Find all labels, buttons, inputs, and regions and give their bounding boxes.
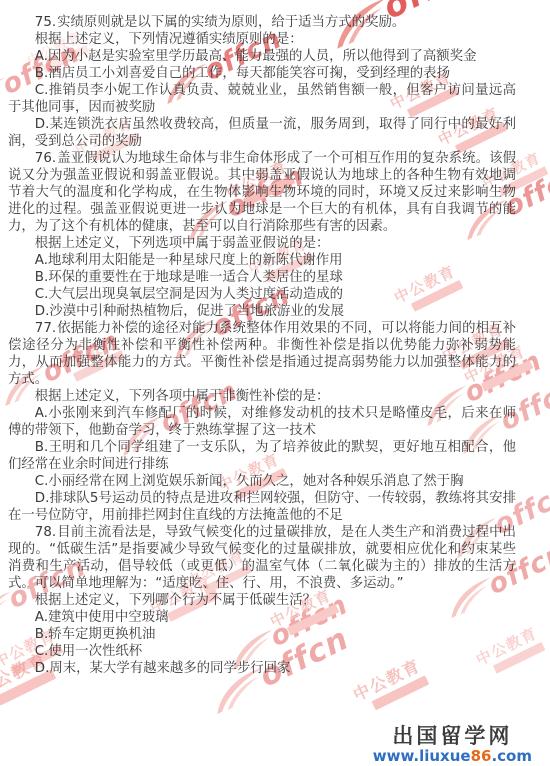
option-text: 周末，某大学有越来越多的同学步行回家 [49,661,290,676]
option-b: B.轿车定期更换机油 [8,626,516,643]
option-c: C.大气层出现臭氧层空洞是因为人类过度活动造成的 [8,286,516,303]
question-number: 78. [35,525,56,540]
question-number: 76. [35,151,56,166]
option-text: 小张刚来到汽车修配厂的时候，对维修发动机的技术只是略懂皮毛，后来在师傅的带领下，… [8,406,516,438]
question-number: 77. [35,321,56,336]
option-d: D.沙漠中引种耐热植物后，促进了当地旅游业的发展 [8,303,516,320]
offcn-watermark-stamp: offcn [218,684,370,720]
option-label: A. [35,610,48,625]
option-label: A. [35,406,48,421]
question-stem: 76.盖亚假说认为地球生命体与非生命体形成了一个可相互作用的复杂系统。该假说又分… [8,150,516,235]
option-a: A.因为小赵是实验室里学历最高、能力最强的人员，所以他得到了高额奖金 [8,48,516,65]
option-text: 建筑中使用中空玻璃 [48,610,169,625]
site-url-link[interactable]: www.liuxue86.com [373,748,532,764]
option-text: 沙漠中引种耐热植物后，促进了当地旅游业的发展 [49,304,344,319]
option-label: D. [35,117,50,132]
question-stem-text: 目前主流看法是，导致气候变化的过量碳排放，是在人类生产和消费过程中出现的。“低碳… [8,525,516,591]
option-a: A.小张刚来到汽车修配厂的时候，对维修发动机的技术只是略懂皮毛，后来在师傅的带领… [8,405,516,439]
option-label: B. [35,66,48,81]
option-a: A.地球利用太阳能是一种星球尺度上的新陈代谢作用 [8,252,516,269]
question-stem: 77.依据能力补偿的途径对能力系统整体作用效果的不同，可以将能力间的相互补偿途径… [8,320,516,388]
question-stem-text: 盖亚假说认为地球生命体与非生命体形成了一个可相互作用的复杂系统。该假说又分为强盖… [8,151,516,234]
option-label: D. [35,491,50,506]
option-c: C.小丽经常在网上浏览娱乐新闻，久而久之，她对各种娱乐消息了然于胸 [8,473,516,490]
question-prompt: 根据上述定义，下列哪个行为不属于低碳生活？ [8,592,516,609]
question-stem: 78.目前主流看法是，导致气候变化的过量碳排放，是在人类生产和消费过程中出现的。… [8,524,516,592]
option-text: 某连锁洗衣店虽然收费较高，但质量一流，服务周到，取得了同行中的最好利润，受到总公… [8,117,516,149]
option-label: C. [35,83,49,98]
option-text: 因为小赵是实验室里学历最高、能力最强的人员，所以他得到了高额奖金 [48,49,477,64]
url-suffix: .com [491,747,532,765]
option-text: 排球队5号运动员的特点是进攻和拦网较强，但防守、一传较弱，教练将其安排在一号位防… [8,491,516,523]
question-prompt: 根据上述定义，下列选项中属于弱盖亚假说的是： [8,235,516,252]
question-stem-text: 实绩原则就是以下属的实绩为原则，给于适当方式的奖励。 [57,15,405,30]
question-75: 75.实绩原则就是以下属的实绩为原则，给于适当方式的奖励。 根据上述定义，下列情… [8,14,516,150]
option-text: 地球利用太阳能是一种星球尺度上的新陈代谢作用 [48,253,343,268]
question-prompt: 根据上述定义，下列各项中属于非衡性补偿的是： [8,388,516,405]
question-stem-text: 依据能力补偿的途径对能力系统整体作用效果的不同，可以将能力间的相互补偿途径分为非… [8,321,516,387]
option-b: B.王明和几个同学组建了一支乐队，为了培养彼此的默契，更好地互相配合，他们经常在… [8,439,516,473]
zhonggong-watermark-stamp: 中公教育 [364,682,437,716]
option-text: 小丽经常在网上浏览娱乐新闻，久而久之，她对各种娱乐消息了然于胸 [48,474,463,489]
option-text: 轿车定期更换机油 [48,627,155,642]
option-text: 酒店员工小刘喜爱自己的工作，每天都能笑容可掬，受到经理的表扬 [48,66,450,81]
option-c: C.使用一次性纸杯 [8,643,516,660]
option-label: C. [35,474,49,489]
option-text: 环保的重要性在于地球是唯一适合人类居住的星球 [48,270,343,285]
option-a: A.建筑中使用中空玻璃 [8,609,516,626]
option-label: A. [35,49,48,64]
option-label: A. [35,253,48,268]
option-d: D.周末，某大学有越来越多的同学步行回家 [8,660,516,677]
question-prompt: 根据上述定义，下列情况遵循实绩原则的是： [8,31,516,48]
option-text: 使用一次性纸杯 [48,644,142,659]
option-label: B. [35,627,48,642]
option-c: C.推销员李小妮工作认真负责、兢兢业业，虽然销售额一般，但客户访问量远高于其他同… [8,82,516,116]
option-text: 推销员李小妮工作认真负责、兢兢业业，虽然销售额一般，但客户访问量远高于其他同事，… [8,83,516,115]
url-prefix: www.liuxue [373,747,471,765]
exam-page: offcn中公教育offcn中公教育offcn中公教育中公教育中公教育offcn… [0,0,550,766]
option-b: B.酒店员工小刘喜爱自己的工作，每天都能笑容可掬，受到经理的表扬 [8,65,516,82]
option-text: 大气层出现臭氧层空洞是因为人类过度活动造成的 [48,287,343,302]
option-label: B. [35,440,48,455]
zhonggong-badge [372,675,430,710]
question-76: 76.盖亚假说认为地球生命体与非生命体形成了一个可相互作用的复杂系统。该假说又分… [8,150,516,320]
option-d: D.某连锁洗衣店虽然收费较高，但质量一流，服务周到，取得了同行中的最好利润，受到… [8,116,516,150]
option-label: C. [35,287,49,302]
option-text: 王明和几个同学组建了一支乐队，为了培养彼此的默契，更好地互相配合，他们经常在业余… [8,440,516,472]
option-d: D.排球队5号运动员的特点是进攻和拦网较强，但防守、一传较弱，教练将其安排在一号… [8,490,516,524]
option-label: B. [35,270,48,285]
option-b: B.环保的重要性在于地球是唯一适合人类居住的星球 [8,269,516,286]
site-name: 出国留学网 [373,725,532,748]
option-label: D. [35,304,50,319]
question-78: 78.目前主流看法是，导致气候变化的过量碳排放，是在人类生产和消费过程中出现的。… [8,524,516,677]
question-number: 75. [35,15,56,30]
question-77: 77.依据能力补偿的途径对能力系统整体作用效果的不同，可以将能力间的相互补偿途径… [8,320,516,524]
zhonggong-watermark-stamp: 中公教育 [0,676,64,712]
option-label: C. [35,644,49,659]
option-label: D. [35,661,50,676]
question-stem: 75.实绩原则就是以下属的实绩为原则，给于适当方式的奖励。 [8,14,516,31]
document-body: 75.实绩原则就是以下属的实绩为原则，给于适当方式的奖励。 根据上述定义，下列情… [8,14,516,677]
url-highlight: 86 [471,747,492,765]
footer-logo: 出国留学网 www.liuxue86.com [373,725,532,764]
